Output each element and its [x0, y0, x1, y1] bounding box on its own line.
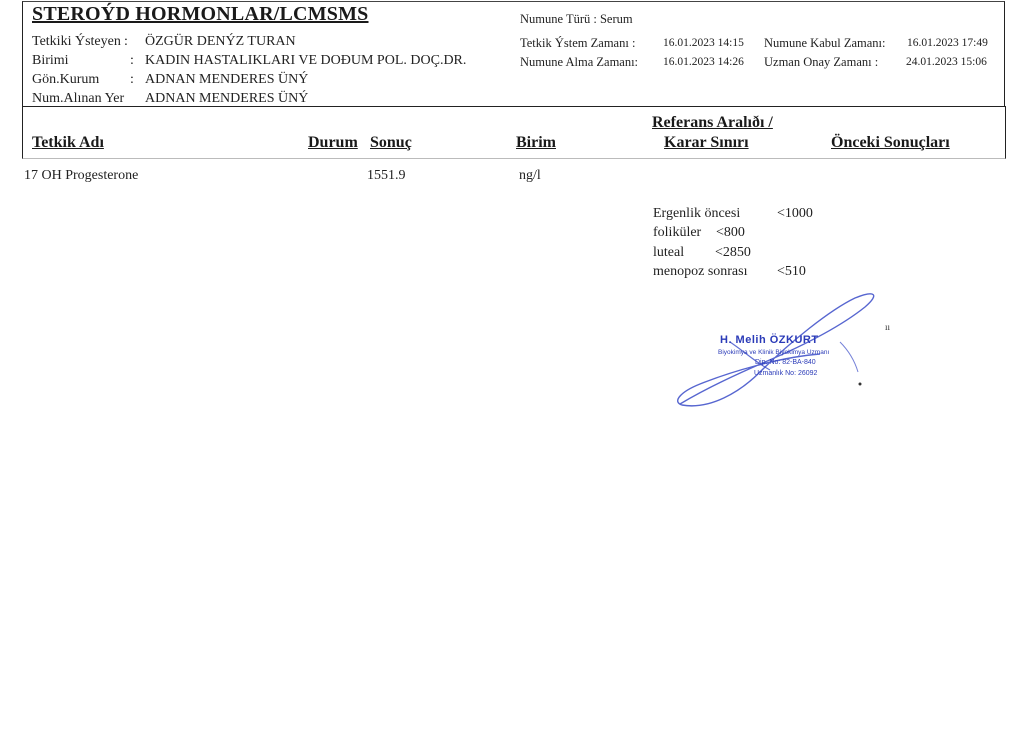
ref-limit: <800	[716, 225, 745, 241]
unit-value: KADIN HASTALIKLARI VE DOÐUM POL. DOÇ.DR.	[145, 53, 466, 69]
col-unit: Birim	[516, 134, 556, 152]
signer-registration: Uzmanlık No: 26092	[754, 370, 817, 377]
sample-location-value: ADNAN MENDERES ÜNÝ	[145, 91, 308, 107]
ref-limit: <510	[777, 264, 806, 280]
signature-mark: ıı	[885, 322, 890, 332]
approval-time-value: 24.01.2023 15:06	[906, 56, 987, 68]
ref-phase: luteal	[653, 245, 684, 261]
signer-title: Biyokimya ve Klinik Biyokimya Uzmanı	[718, 349, 829, 356]
sampling-time-value: 16.01.2023 14:26	[663, 56, 744, 68]
col-reference-line1: Referans Aralıðı /	[652, 114, 773, 132]
ref-limit: <1000	[777, 206, 813, 222]
ref-phase: foliküler	[653, 225, 701, 241]
accept-time-label: Numune Kabul Zamanı:	[764, 36, 886, 51]
sample-location-label: Num.Alınan Yer	[32, 91, 124, 107]
requester-label: Tetkiki Ýsteyen	[32, 34, 121, 50]
ref-limit: <2850	[715, 245, 751, 261]
request-time-label: Tetkik Ýstem Zamanı :	[520, 36, 635, 51]
request-time-value: 16.01.2023 14:15	[663, 37, 744, 49]
unit-label: Birimi	[32, 53, 69, 69]
sending-institution-label: Gön.Kurum	[32, 72, 99, 88]
requester-value: ÖZGÜR DENÝZ TURAN	[145, 34, 296, 50]
signer-name: H. Melih ÖZKURT	[720, 334, 819, 346]
col-previous-results: Önceki Sonuçları	[831, 134, 950, 152]
col-test-name: Tetkik Adı	[32, 134, 104, 152]
sample-type: Numune Türü : Serum	[520, 12, 633, 27]
accept-time-value: 16.01.2023 17:49	[907, 37, 988, 49]
sampling-time-label: Numune Alma Zamanı:	[520, 55, 638, 70]
report-title: STEROÝD HORMONLAR/LCMSMS	[32, 3, 369, 26]
requester-colon: :	[124, 34, 128, 50]
signature-stamp: H. Melih ÖZKURT Biyokimya ve Klinik Biyo…	[670, 292, 900, 412]
col-result: Sonuç	[370, 134, 412, 152]
unit-colon: :	[130, 53, 134, 69]
ref-phase: menopoz sonrası	[653, 264, 747, 280]
col-reference-line2: Karar Sınırı	[664, 134, 749, 152]
ref-phase: Ergenlik öncesi	[653, 206, 740, 222]
signer-diploma: Dip. No: 82-BA-840	[755, 359, 816, 366]
col-status: Durum	[308, 134, 358, 152]
sending-institution-value: ADNAN MENDERES ÜNÝ	[145, 72, 308, 88]
approval-time-label: Uzman Onay Zamanı :	[764, 55, 878, 70]
test-name: 17 OH Progesterone	[24, 168, 138, 184]
test-unit: ng/l	[519, 168, 541, 184]
test-result: 1551.9	[367, 168, 406, 184]
sending-institution-colon: :	[130, 72, 134, 88]
